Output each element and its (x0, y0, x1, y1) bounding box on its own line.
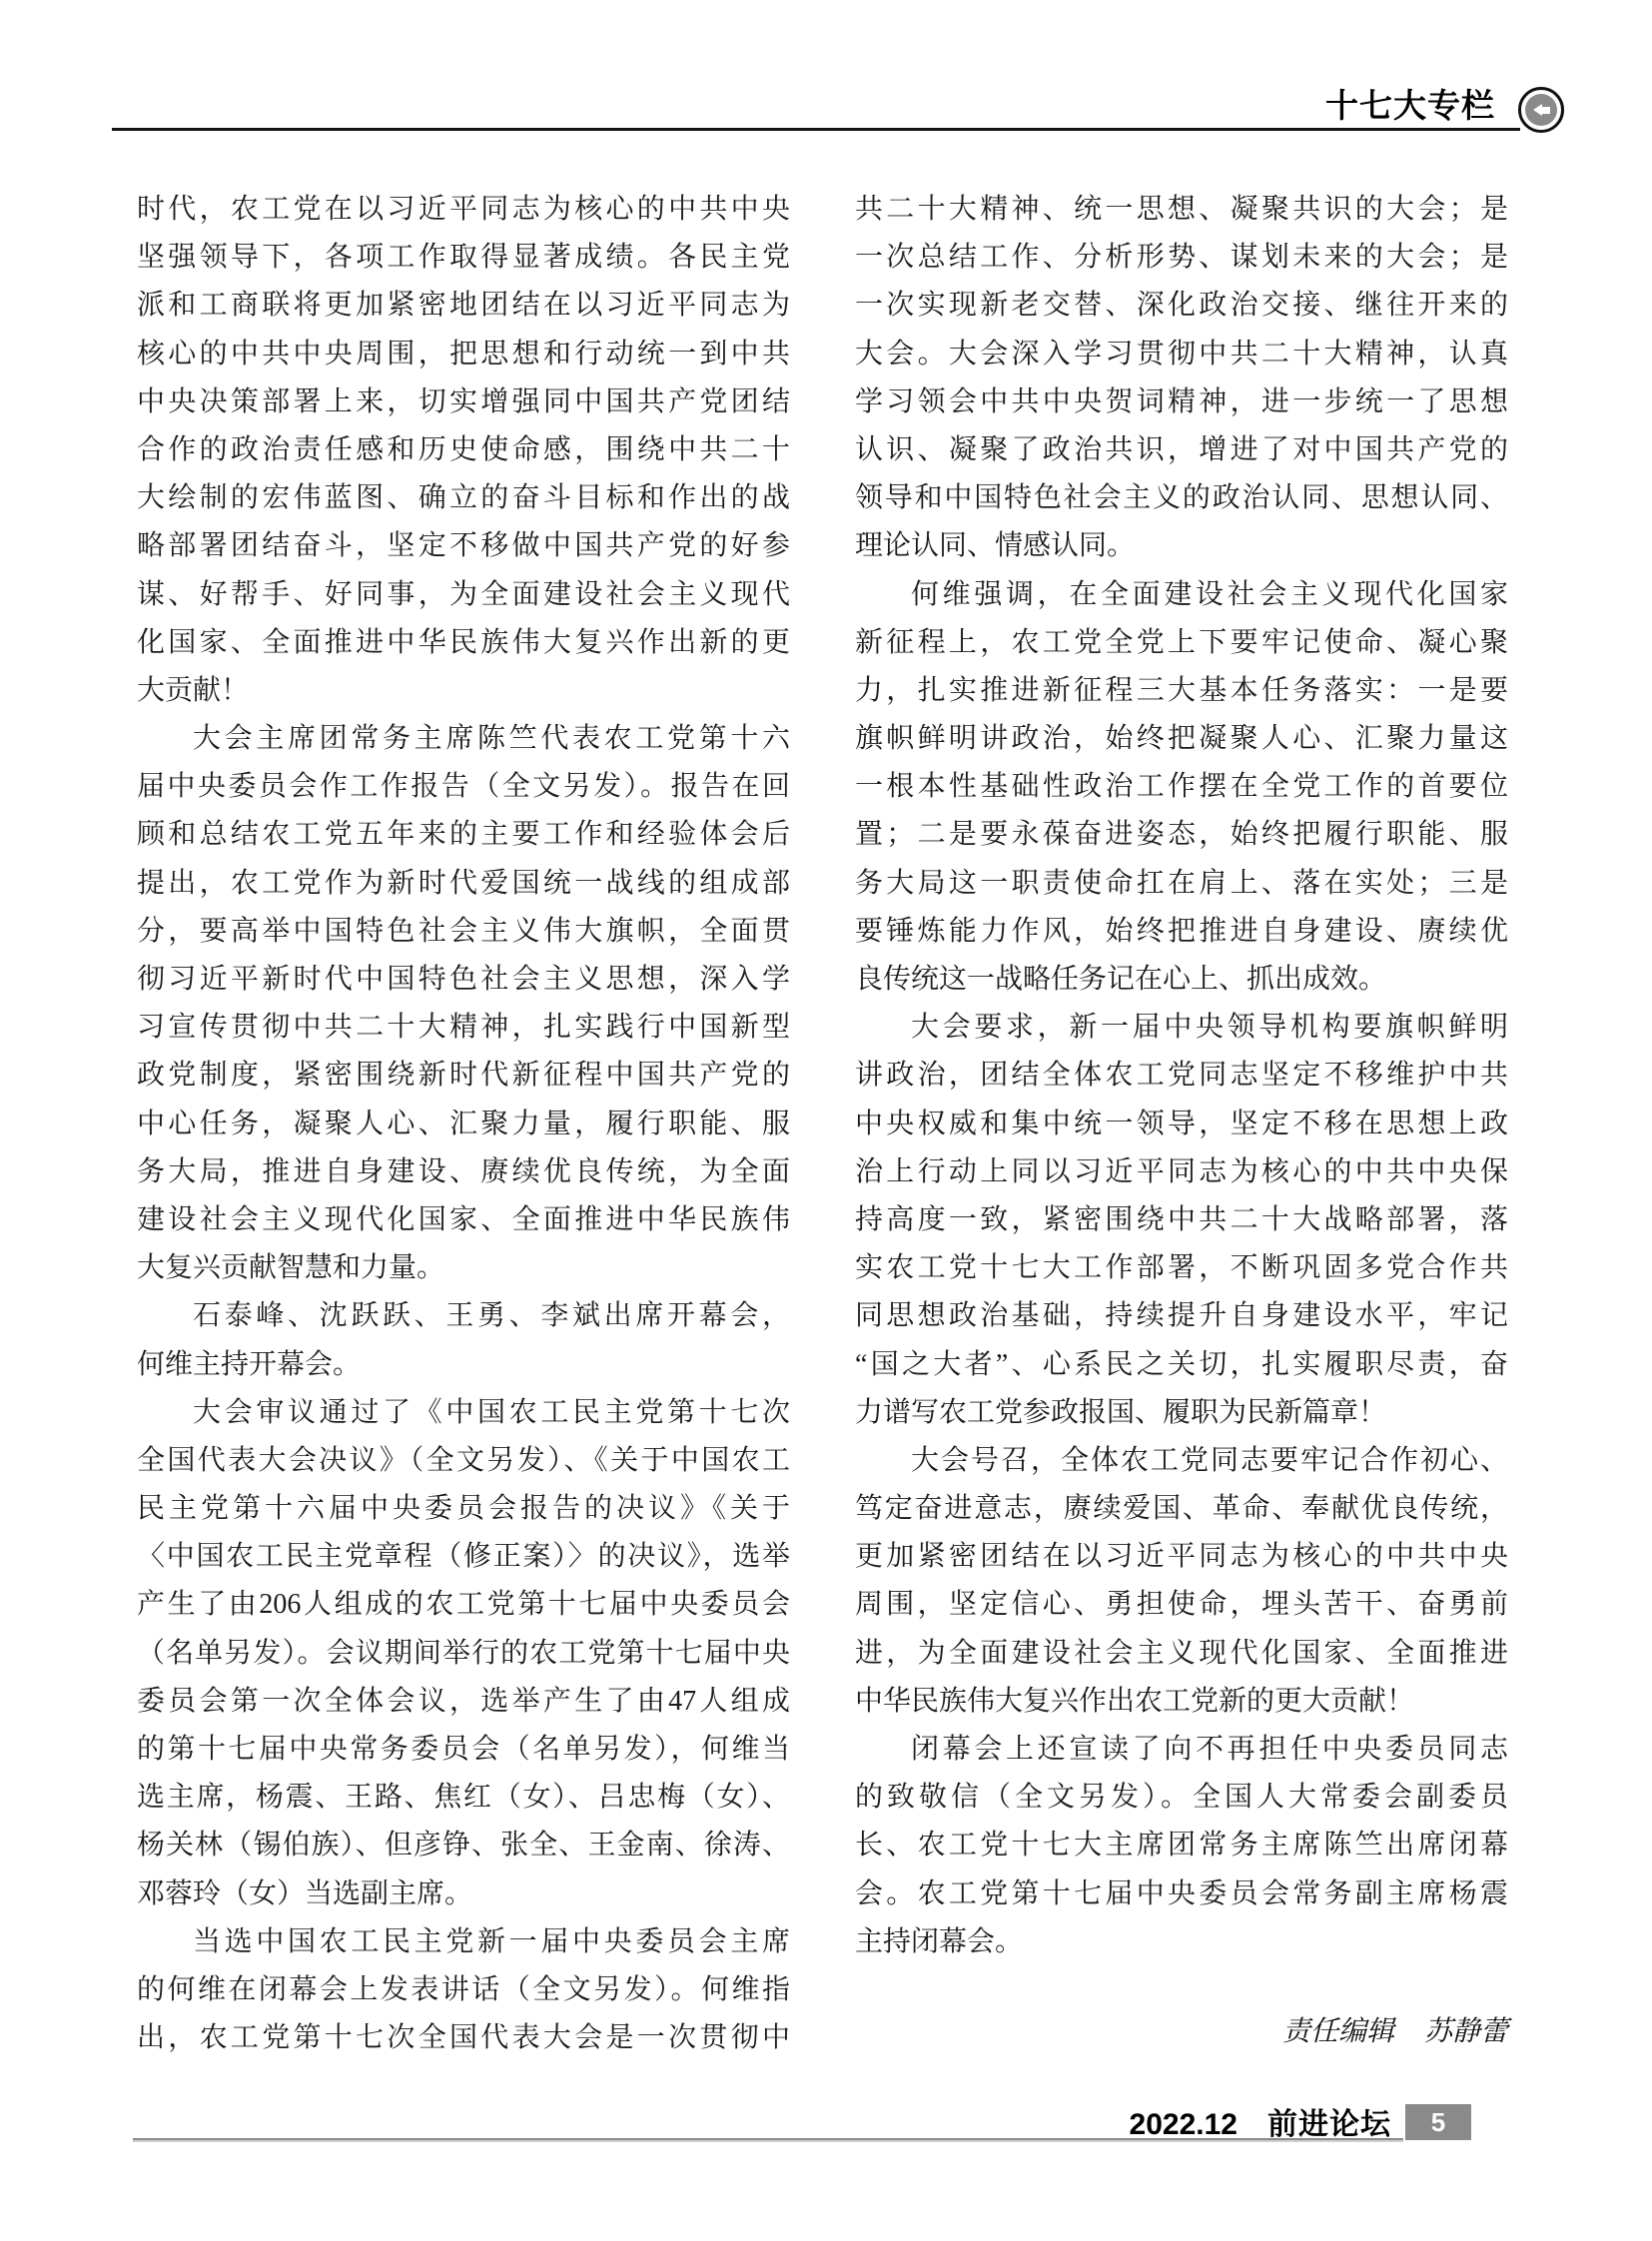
text-line: 一次总结工作、分析形势、谋划未来的大会；是 (855, 234, 1508, 282)
header-rule (112, 128, 1520, 131)
text-line: 的何维在闭幕会上发表讲话（全文另发）。何维指 (137, 1966, 790, 2014)
text-line: 政党制度，紧密围绕新时代新征程中国共产党的 (137, 1052, 790, 1100)
text-line: 大会。大会深入学习贯彻中共二十大精神，认真 (855, 331, 1508, 378)
text-line: 一根本性基础性政治工作摆在全党工作的首要位 (855, 763, 1508, 811)
text-line: 更加紧密团结在以习近平同志为核心的中共中央 (855, 1533, 1508, 1581)
text-line: 坚强领导下，各项工作取得显著成绩。各民主党 (137, 234, 790, 282)
text-line: 民主党第十六届中央委员会报告的决议》《关于 (137, 1485, 790, 1533)
text-line: 主持闭幕会。 (855, 1918, 1508, 1966)
text-line: 要锤炼能力作风，始终把推进自身建设、赓续优 (855, 908, 1508, 956)
text-line: 的第十七届中央常务委员会（名单另发），何维当 (137, 1726, 790, 1774)
text-line: 力谱写农工党参政报国、履职为民新篇章！ (855, 1389, 1508, 1437)
text-line: 务大局这一职责使命扛在肩上、落在实处；三是 (855, 860, 1508, 908)
text-line: 派和工商联将更加紧密地团结在以习近平同志为 (137, 282, 790, 330)
text-line: 石泰峰、沈跃跃、王勇、李斌出席开幕会， (137, 1292, 790, 1340)
text-line: 全国代表大会决议》（全文另发）、《关于中国农工 (137, 1437, 790, 1485)
back-arrow-icon-circle (1525, 94, 1557, 126)
editor-credit-label: 责任编辑 (1282, 2016, 1394, 2047)
text-line: 进，为全面建设社会主义现代化国家、全面推进 (855, 1630, 1508, 1678)
text-line: 彻习近平新时代中国特色社会主义思想，深入学 (137, 956, 790, 1004)
text-line: 实农工党十七大工作部署，不断巩固多党合作共 (855, 1244, 1508, 1292)
editor-name: 苏静蕾 (1424, 2016, 1508, 2047)
text-line: 出，农工党第十七次全国代表大会是一次贯彻中 (137, 2014, 790, 2062)
text-line: 大绘制的宏伟蓝图、确立的奋斗目标和作出的战 (137, 474, 790, 522)
text-line: 领导和中国特色社会主义的政治认同、思想认同、 (855, 474, 1508, 522)
footer-magazine-title: 前进论坛 (1267, 2099, 1391, 2143)
text-line: 治上行动上同以习近平同志为核心的中共中央保 (855, 1148, 1508, 1196)
text-line: 闭幕会上还宣读了向不再担任中央委员同志 (855, 1726, 1508, 1774)
text-line: 委员会第一次全体会议，选举产生了由47人组成 (137, 1678, 790, 1726)
text-line: 习宣传贯彻中共二十大精神，扎实践行中国新型 (137, 1004, 790, 1052)
editor-credit: 责任编辑苏静蕾 (1282, 2009, 1508, 2049)
text-line: 大会要求，新一届中央领导机构要旗帜鲜明 (855, 1004, 1508, 1052)
text-line: 中华民族伟大复兴作出农工党新的更大贡献！ (855, 1678, 1508, 1726)
text-line: 置；二是要永葆奋进姿态，始终把履行职能、服 (855, 811, 1508, 859)
text-line: 一次实现新老交替、深化政治交接、继往开来的 (855, 282, 1508, 330)
arrow-head (1533, 104, 1542, 116)
text-line: 共二十大精神、统一思想、凝聚共识的大会；是 (855, 186, 1508, 234)
text-line: 合作的政治责任感和历史使命感，围绕中共二十 (137, 426, 790, 474)
text-line: 选主席，杨震、王路、焦红（女）、吕忠梅（女）、 (137, 1774, 790, 1822)
text-line: 产生了由206人组成的农工党第十七届中央委员会 (137, 1581, 790, 1629)
text-line: 略部署团结奋斗，坚定不移做中国共产党的好参 (137, 522, 790, 570)
left-text-column: 时代，农工党在以习近平同志为核心的中共中央坚强领导下，各项工作取得显著成绩。各民… (137, 186, 790, 2062)
text-line: 大会号召，全体农工党同志要牢记合作初心、 (855, 1437, 1508, 1485)
text-line: 大会主席团常务主席陈竺代表农工党第十六 (137, 715, 790, 763)
magazine-page: 十七大专栏 时代，农工党在以习近平同志为核心的中共中央坚强领导下，各项工作取得显… (0, 0, 1652, 2241)
page-number-badge: 5 (1405, 2104, 1471, 2140)
text-line: 大会审议通过了《中国农工民主党第十七次 (137, 1389, 790, 1437)
text-line: 顾和总结农工党五年来的主要工作和经验体会后 (137, 811, 790, 859)
text-line: 学习领会中共中央贺词精神，进一步统一了思想 (855, 378, 1508, 426)
text-line: 谋、好帮手、好同事，为全面建设社会主义现代 (137, 571, 790, 619)
text-line: 何维强调，在全面建设社会主义现代化国家 (855, 571, 1508, 619)
text-line: 建设社会主义现代化国家、全面推进中华民族伟 (137, 1196, 790, 1244)
text-line: 务大局，推进自身建设、赓续优良传统，为全面 (137, 1148, 790, 1196)
text-line: 笃定奋进意志，赓续爱国、革命、奉献优良传统， (855, 1485, 1508, 1533)
text-line: 当选中国农工民主党新一届中央委员会主席 (137, 1918, 790, 1966)
text-line: 何维主持开幕会。 (137, 1341, 790, 1389)
text-line: （名单另发）。会议期间举行的农工党第十七届中央 (137, 1630, 790, 1678)
text-line: 讲政治，团结全体农工党同志坚定不移维护中共 (855, 1052, 1508, 1100)
text-line: 周围，坚定信心、勇担使命，埋头苦干、奋勇前 (855, 1581, 1508, 1629)
text-line: 旗帜鲜明讲政治，始终把凝聚人心、汇聚力量这 (855, 715, 1508, 763)
text-line: 届中央委员会作工作报告（全文另发）。报告在回 (137, 763, 790, 811)
text-line: 同思想政治基础，持续提升自身建设水平，牢记 (855, 1292, 1508, 1340)
text-line: “国之大者”、心系民之关切，扎实履职尽责，奋 (855, 1341, 1508, 1389)
text-line: 提出，农工党作为新时代爱国统一战线的组成部 (137, 860, 790, 908)
right-text-column: 共二十大精神、统一思想、凝聚共识的大会；是一次总结工作、分析形势、谋划未来的大会… (855, 186, 1508, 1966)
text-line: 力，扎实推进新征程三大基本任务落实：一是要 (855, 667, 1508, 715)
text-line: 核心的中共中央周围，把思想和行动统一到中共 (137, 331, 790, 378)
footer-issue-date: 2022.12 (1130, 2108, 1238, 2142)
text-line: 化国家、全面推进中华民族伟大复兴作出新的更 (137, 619, 790, 667)
text-line: 理论认同、情感认同。 (855, 522, 1508, 570)
text-line: 中央决策部署上来，切实增强同中国共产党团结 (137, 378, 790, 426)
text-line: 中心任务，凝聚人心、汇聚力量，履行职能、服 (137, 1101, 790, 1148)
text-line: 会。农工党第十七届中央委员会常务副主席杨震 (855, 1870, 1508, 1918)
back-arrow-icon (1518, 87, 1564, 133)
text-line: 良传统这一战略任务记在心上、抓出成效。 (855, 956, 1508, 1004)
text-line: 时代，农工党在以习近平同志为核心的中共中央 (137, 186, 790, 234)
text-line: 分，要高举中国特色社会主义伟大旗帜，全面贯 (137, 908, 790, 956)
text-line: 持高度一致，紧密围绕中共二十大战略部署，落 (855, 1196, 1508, 1244)
text-line: 新征程上，农工党全党上下要牢记使命、凝心聚 (855, 619, 1508, 667)
section-header-title: 十七大专栏 (1325, 80, 1495, 127)
arrow-bar (1542, 107, 1550, 114)
text-line: 认识、凝聚了政治共识，增进了对中国共产党的 (855, 426, 1508, 474)
text-line: 中央权威和集中统一领导，坚定不移在思想上政 (855, 1101, 1508, 1148)
text-line: 邓蓉玲（女）当选副主席。 (137, 1870, 790, 1918)
text-line: 大复兴贡献智慧和力量。 (137, 1244, 790, 1292)
text-line: 的致敬信（全文另发）。全国人大常委会副委员 (855, 1774, 1508, 1822)
text-line: 〈中国农工民主党章程（修正案）〉的决议》，选举 (137, 1533, 790, 1581)
text-line: 长、农工党十七大主席团常务主席陈竺出席闭幕 (855, 1822, 1508, 1869)
text-line: 杨关林（锡伯族）、但彦铮、张全、王金南、徐涛、 (137, 1822, 790, 1869)
footer-issue-line: 2022.12 前进论坛 (1130, 2099, 1391, 2143)
text-line: 大贡献！ (137, 667, 790, 715)
